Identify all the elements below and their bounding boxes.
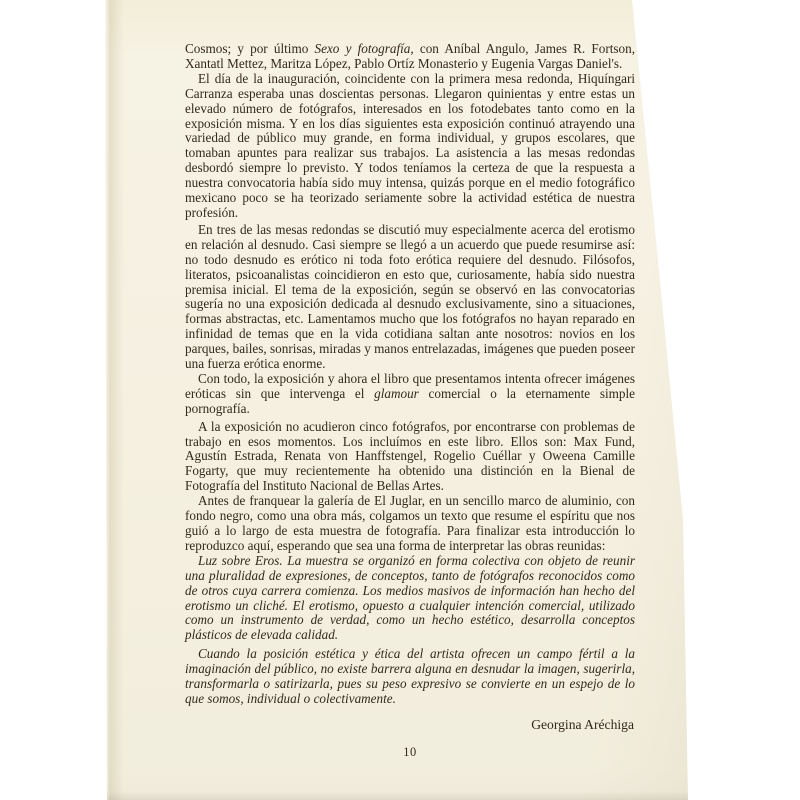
text-run: Antes de franquear la galería de El Jugl… [185, 493, 635, 553]
text-run: Sexo y fotografía, [315, 41, 414, 56]
paragraph: Luz sobre Eros. La muestra se organizó e… [185, 554, 635, 643]
text-run: El día de la inauguración, coincidente c… [185, 71, 635, 220]
text-run: glamour [374, 386, 419, 401]
text-run: Cuando la posición estética y ética del … [185, 646, 635, 706]
page-text: Cosmos; y por último Sexo y fotografía, … [185, 42, 635, 760]
body-paragraphs: Cosmos; y por último Sexo y fotografía, … [185, 42, 635, 707]
paragraph: Antes de franquear la galería de El Jugl… [185, 494, 635, 554]
paragraph: Con todo, la exposición y ahora el libro… [185, 372, 635, 417]
page-number: 10 [185, 745, 635, 760]
text-run: A la exposición no acudieron cinco fotóg… [185, 419, 635, 494]
paragraph: El día de la inauguración, coincidente c… [185, 72, 635, 221]
page-gutter-shadow [104, 0, 126, 800]
paragraph: A la exposición no acudieron cinco fotóg… [185, 420, 635, 495]
text-run: En tres de las mesas redondas se discuti… [185, 222, 635, 371]
text-run: Cosmos; y por último [185, 41, 315, 56]
paragraph: En tres de las mesas redondas se discuti… [185, 223, 635, 372]
author-signature: Georgina Aréchiga [185, 718, 635, 733]
book-page: Cosmos; y por último Sexo y fotografía, … [0, 0, 800, 800]
paragraph: Cosmos; y por último Sexo y fotografía, … [185, 42, 635, 72]
paragraph: Cuando la posición estética y ética del … [185, 647, 635, 707]
page-edge-bottom-shadow [0, 791, 800, 800]
text-run: Luz sobre Eros. La muestra se organizó e… [185, 553, 635, 643]
